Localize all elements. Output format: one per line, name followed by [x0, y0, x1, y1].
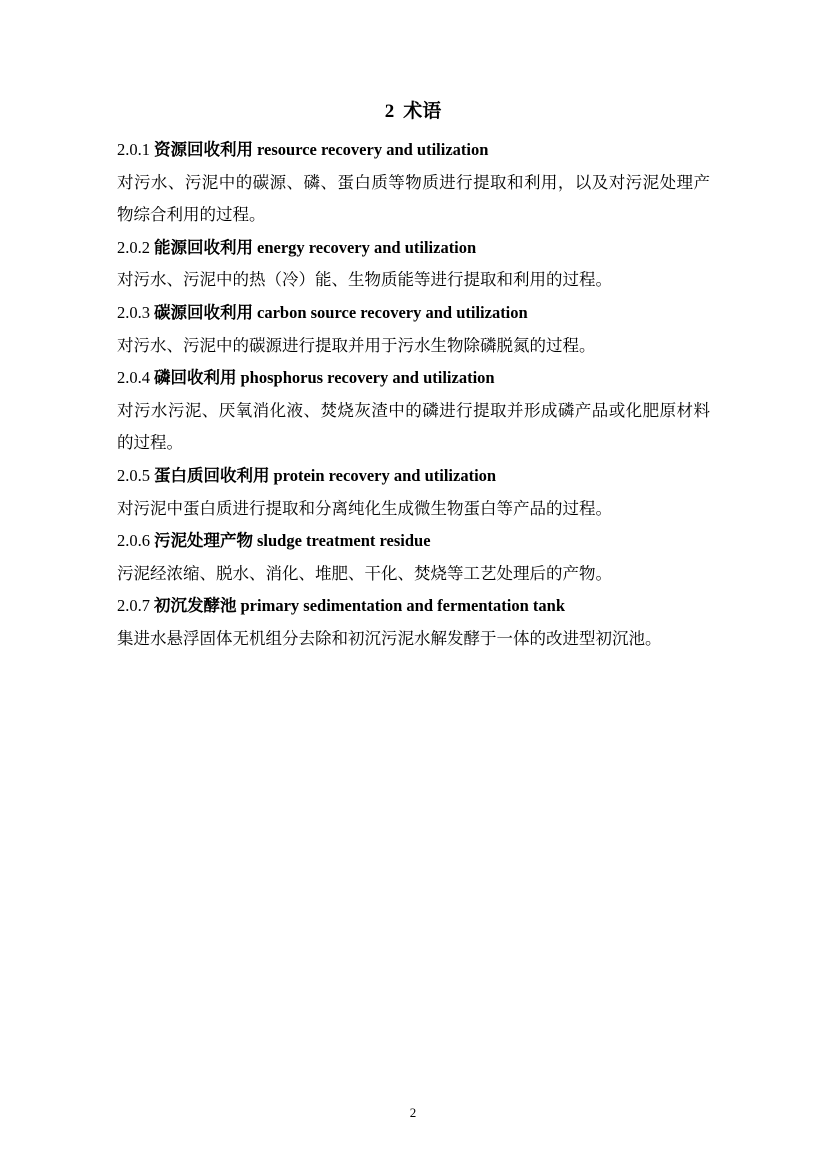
term-definition: 污泥经浓缩、脱水、消化、堆肥、干化、焚烧等工艺处理后的产物。	[117, 558, 710, 591]
term-name-en: energy recovery and utilization	[257, 238, 476, 257]
term-number: 2.0.1	[117, 140, 150, 159]
term-definition: 对污水、污泥中的热（冷）能、生物质能等进行提取和利用的过程。	[117, 264, 710, 297]
term-definition: 对污水污泥、厌氧消化液、焚烧灰渣中的磷进行提取并形成磷产品或化肥原材料的过程。	[117, 395, 710, 460]
term-number: 2.0.4	[117, 368, 150, 387]
term-number: 2.0.6	[117, 531, 150, 550]
term-definition: 对污水、污泥中的碳源进行提取并用于污水生物除磷脱氮的过程。	[117, 330, 710, 363]
term-number: 2.0.2	[117, 238, 150, 257]
term-name-en: resource recovery and utilization	[257, 140, 488, 159]
term-section-2-0-1: 2.0.1资源回收利用resource recovery and utiliza…	[117, 134, 710, 232]
term-number: 2.0.5	[117, 466, 150, 485]
term-definition: 对污泥中蛋白质进行提取和分离纯化生成微生物蛋白等产品的过程。	[117, 493, 710, 526]
term-heading: 2.0.1资源回收利用resource recovery and utiliza…	[117, 134, 710, 167]
term-section-2-0-4: 2.0.4磷回收利用phosphorus recovery and utiliz…	[117, 362, 710, 460]
term-name-cn: 初沉发酵池	[154, 596, 237, 615]
terms-list: 2.0.1资源回收利用resource recovery and utiliza…	[0, 125, 826, 656]
term-number: 2.0.3	[117, 303, 150, 322]
term-name-en: sludge treatment residue	[257, 531, 431, 550]
term-name-en: primary sedimentation and fermentation t…	[241, 596, 566, 615]
term-number: 2.0.7	[117, 596, 150, 615]
term-heading: 2.0.6污泥处理产物sludge treatment residue	[117, 525, 710, 558]
term-section-2-0-3: 2.0.3碳源回收利用carbon source recovery and ut…	[117, 297, 710, 362]
term-name-cn: 碳源回收利用	[154, 303, 253, 322]
term-section-2-0-7: 2.0.7初沉发酵池primary sedimentation and ferm…	[117, 590, 710, 655]
term-name-cn: 磷回收利用	[154, 368, 237, 387]
term-definition: 对污水、污泥中的碳源、磷、蛋白质等物质进行提取和利用，以及对污泥处理产物综合利用…	[117, 167, 710, 232]
term-name-en: carbon source recovery and utilization	[257, 303, 528, 322]
term-name-cn: 资源回收利用	[154, 140, 253, 159]
term-section-2-0-5: 2.0.5蛋白质回收利用protein recovery and utiliza…	[117, 460, 710, 525]
term-section-2-0-6: 2.0.6污泥处理产物sludge treatment residue 污泥经浓…	[117, 525, 710, 590]
chapter-title-text: 术语	[403, 101, 441, 122]
term-heading: 2.0.3碳源回收利用carbon source recovery and ut…	[117, 297, 710, 330]
term-name-cn: 能源回收利用	[154, 238, 253, 257]
chapter-title: 2术语	[0, 0, 826, 125]
page-number: 2	[0, 1105, 826, 1121]
term-heading: 2.0.4磷回收利用phosphorus recovery and utiliz…	[117, 362, 710, 395]
term-heading: 2.0.5蛋白质回收利用protein recovery and utiliza…	[117, 460, 710, 493]
term-name-cn: 污泥处理产物	[154, 531, 253, 550]
term-definition: 集进水悬浮固体无机组分去除和初沉污泥水解发酵于一体的改进型初沉池。	[117, 623, 710, 656]
term-name-en: phosphorus recovery and utilization	[241, 368, 495, 387]
term-name-en: protein recovery and utilization	[274, 466, 497, 485]
term-name-cn: 蛋白质回收利用	[154, 466, 270, 485]
term-heading: 2.0.7初沉发酵池primary sedimentation and ferm…	[117, 590, 710, 623]
term-heading: 2.0.2能源回收利用energy recovery and utilizati…	[117, 232, 710, 265]
term-section-2-0-2: 2.0.2能源回收利用energy recovery and utilizati…	[117, 232, 710, 297]
chapter-number: 2	[385, 101, 395, 122]
